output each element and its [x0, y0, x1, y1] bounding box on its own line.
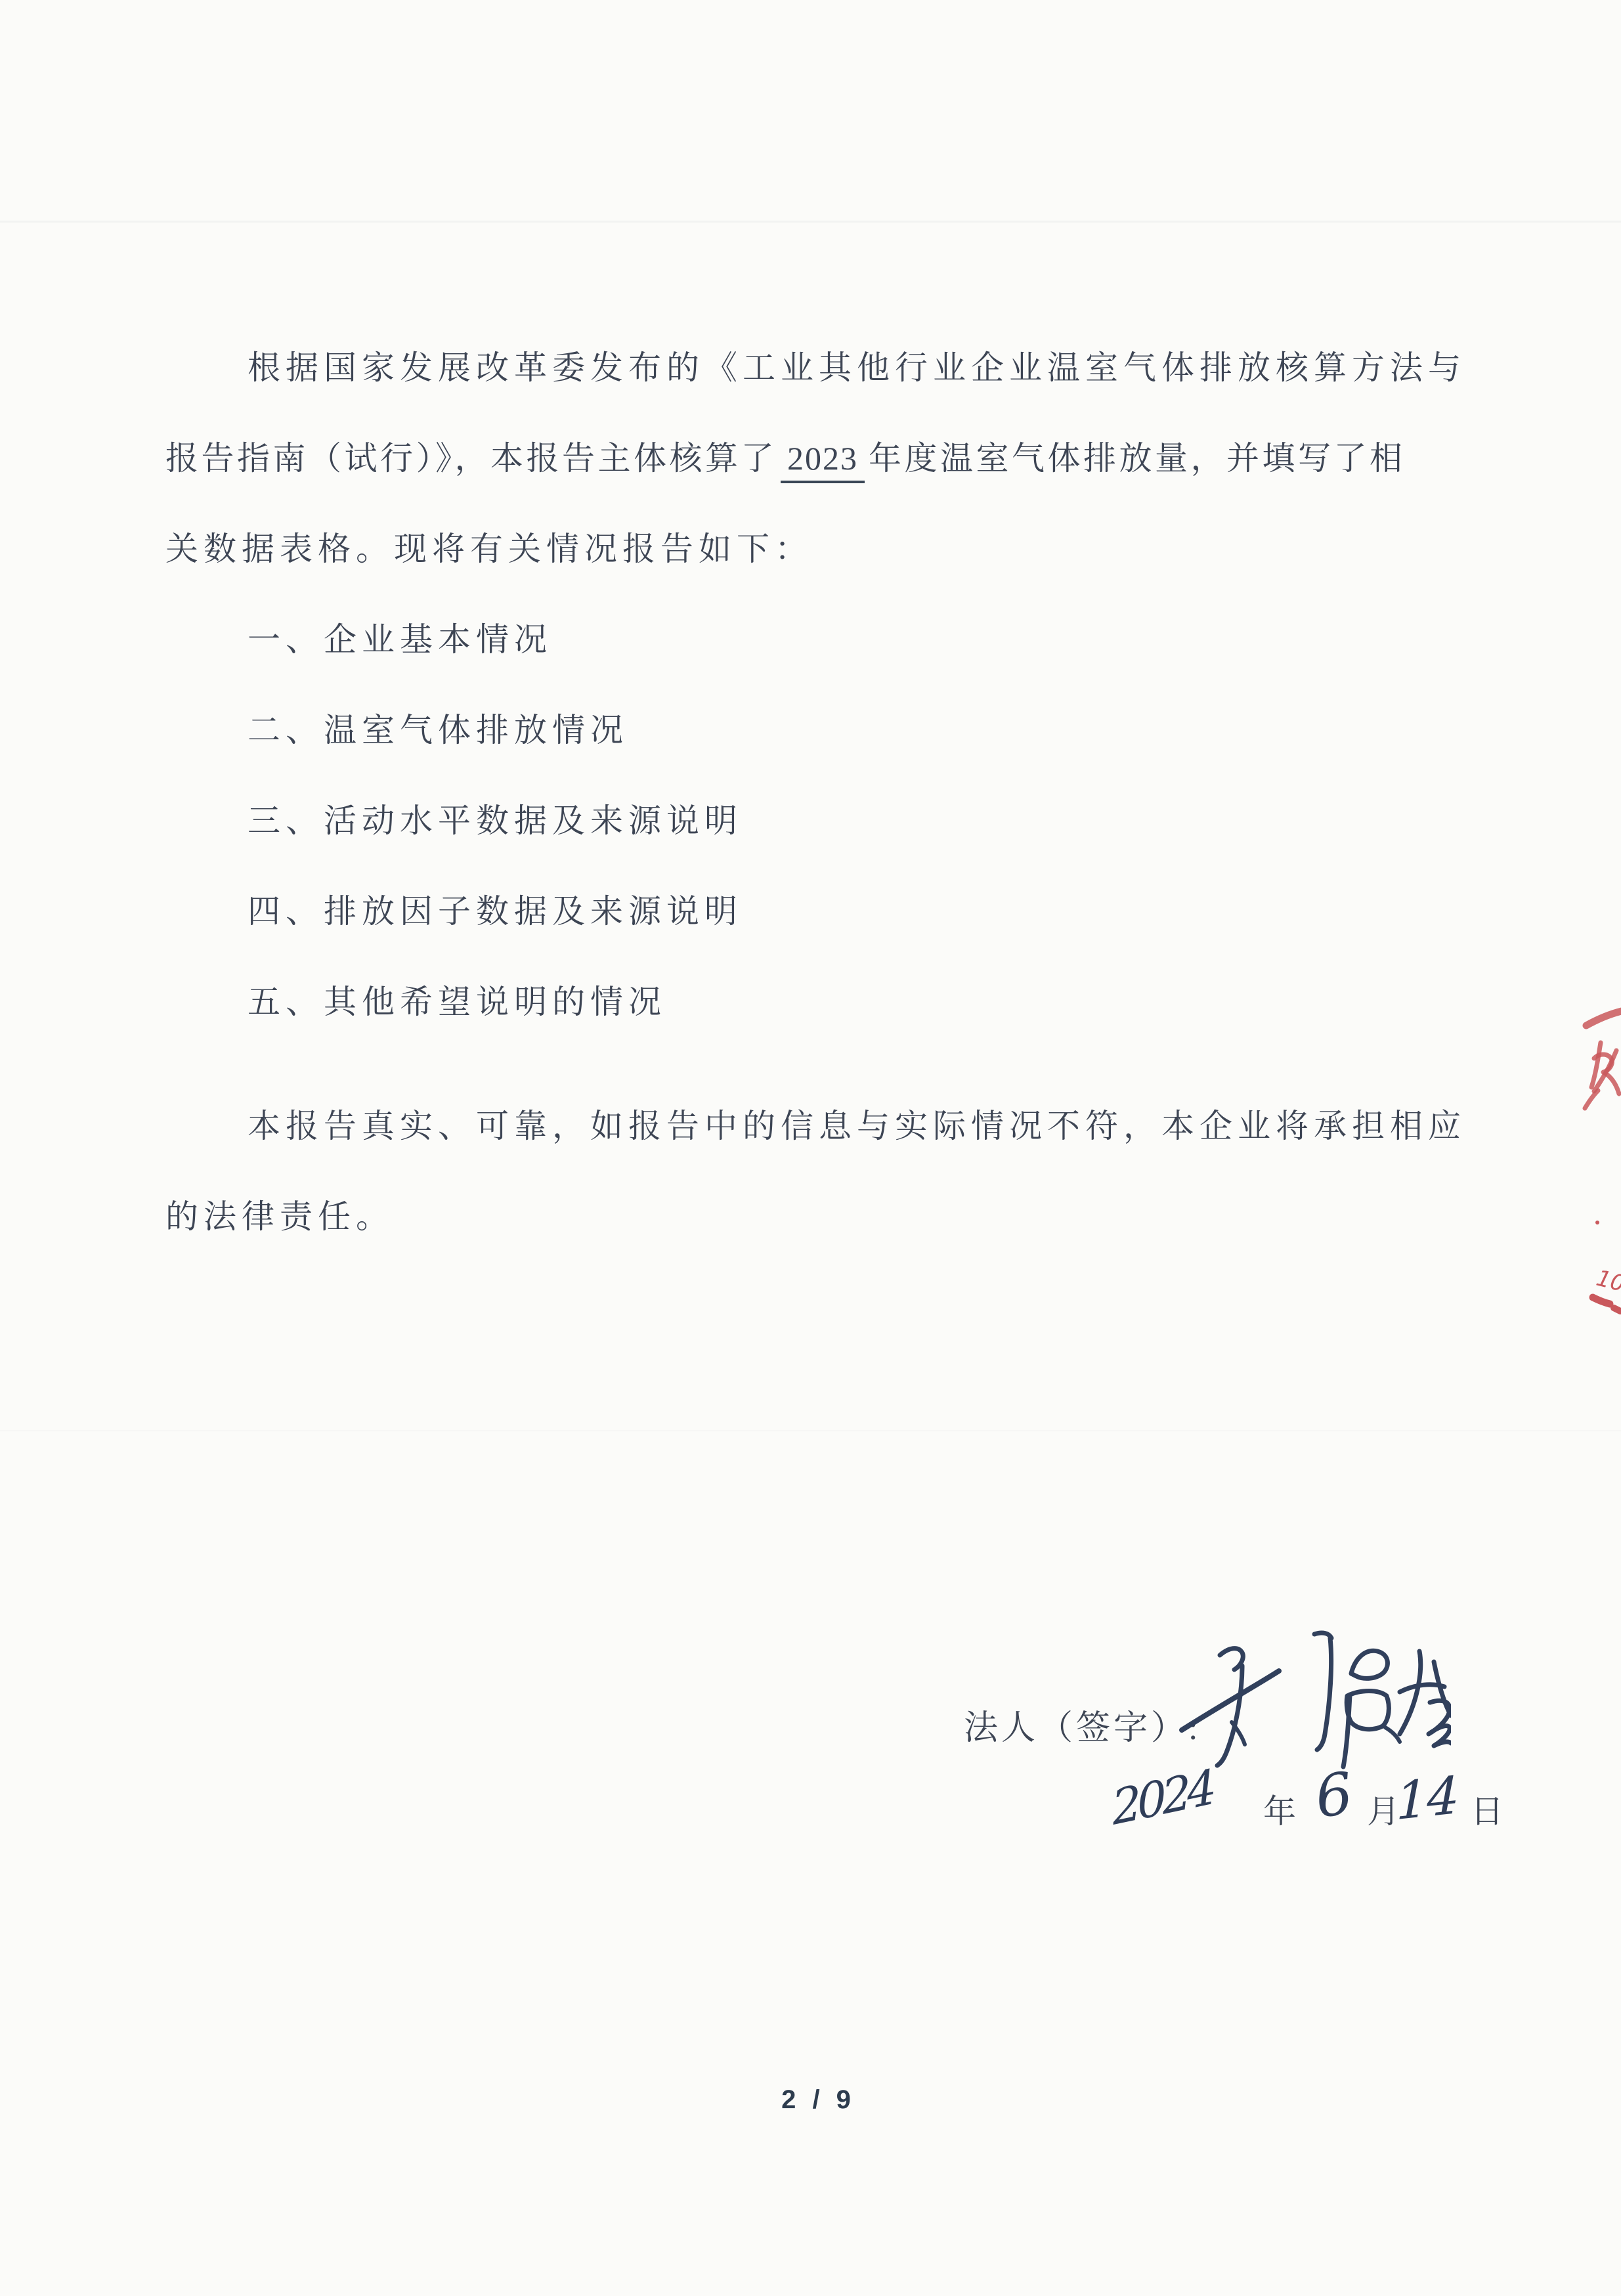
section-list: 一、企业基本情况 二、温室气体排放情况 三、活动水平数据及来源说明 四、排放因子…	[248, 594, 743, 1047]
section-item-5: 五、其他希望说明的情况	[248, 957, 743, 1047]
red-stamp-fragment-upper	[1578, 995, 1621, 1127]
signature-char-fu	[1314, 1633, 1400, 1767]
handwritten-signature: 宋福如	[1169, 1620, 1451, 1791]
declaration-paragraph: 本报告真实、可靠，如报告中的信息与实际情况不符，本企业将承担相应 的法律责任。	[165, 1081, 1476, 1262]
section-item-1: 一、企业基本情况	[248, 594, 743, 685]
day-unit-label: 日	[1471, 1792, 1503, 1831]
year-unit-label: 年	[1263, 1792, 1296, 1831]
handwritten-year: 2024	[1110, 1759, 1214, 1836]
section-item-2: 二、温室气体排放情况	[248, 685, 743, 775]
section-item-4: 四、排放因子数据及来源说明	[248, 866, 743, 957]
signature-char-song	[1182, 1649, 1279, 1765]
declaration-line-1: 本报告真实、可靠，如报告中的信息与实际情况不符，本企业将承担相应	[165, 1081, 1476, 1171]
month-unit-label: 月	[1367, 1792, 1400, 1831]
intro-line-1: 根据国家发展改革委发布的《工业其他行业企业温室气体排放核算方法与	[165, 322, 1476, 413]
scanner-artifact-streak	[0, 1430, 1621, 1431]
footer: 2 / 9	[0, 2085, 1621, 2115]
intro-line-2: 报告指南（试行）》，本报告主体核算了2023年度温室气体排放量，并填写了相	[165, 413, 1476, 504]
section-item-3: 三、活动水平数据及来源说明	[248, 775, 743, 866]
page-indicator: 2 / 9	[781, 2085, 855, 2114]
signature-char-ru	[1400, 1651, 1451, 1746]
red-stamp-fragment-lower: 10	[1588, 1213, 1621, 1322]
report-year-underlined: 2023	[781, 439, 865, 483]
handwritten-day: 14	[1396, 1766, 1458, 1832]
red-speck	[1595, 1221, 1599, 1224]
scanned-document-page: 根据国家发展改革委发布的《工业其他行业企业温室气体排放核算方法与 报告指南（试行…	[0, 0, 1621, 2296]
intro-line-2-after: 年度温室气体排放量，并填写了相	[869, 440, 1406, 477]
legal-person-signature-label: 法人（签字）:	[964, 1708, 1201, 1750]
intro-line-3: 关数据表格。现将有关情况报告如下：	[165, 504, 1476, 594]
stamp-digits: 10	[1593, 1265, 1621, 1297]
intro-paragraph: 根据国家发展改革委发布的《工业其他行业企业温室气体排放核算方法与 报告指南（试行…	[165, 322, 1476, 594]
intro-line-2-before: 报告指南（试行）》，本报告主体核算了	[165, 440, 777, 477]
scanner-artifact-streak	[0, 221, 1621, 223]
declaration-line-2: 的法律责任。	[165, 1171, 1476, 1262]
